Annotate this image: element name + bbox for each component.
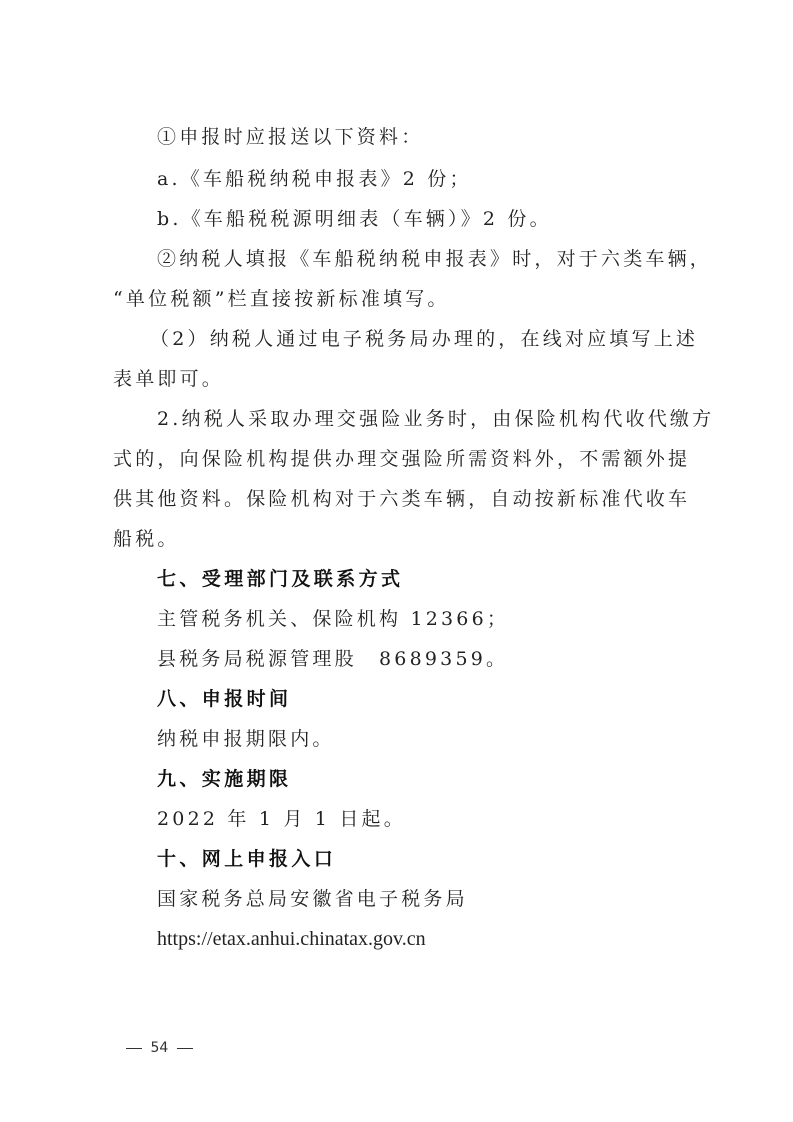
list-item-form-a: a.《车船税纳税申报表》2 份； (157, 166, 472, 192)
paragraph-line: 供其他资料。保险机构对于六类车辆，自动按新标准代收车 (113, 486, 690, 512)
section-heading-contact: 七、受理部门及联系方式 (157, 566, 403, 592)
list-item-form-b: b.《车船税税源明细表（车辆）》2 份。 (157, 206, 552, 232)
section-heading-effective-date: 九、实施期限 (157, 766, 291, 792)
paragraph-line: 船税。 (113, 526, 180, 552)
dash-left (126, 1048, 142, 1049)
paragraph-line: ②纳税人填报《车船税纳税申报表》时，对于六类车辆， (157, 246, 712, 272)
portal-name: 国家税务总局安徽省电子税务局 (157, 886, 468, 912)
paragraph-line: 式的，向保险机构提供办理交强险所需资料外，不需额外提 (113, 446, 690, 472)
page-footer: 54 (122, 1040, 197, 1056)
section-heading-online-portal: 十、网上申报入口 (157, 846, 336, 872)
page-number: 54 (150, 1040, 168, 1056)
list-item-materials-intro: ①申报时应报送以下资料： (157, 124, 423, 150)
contact-line-hotline: 主管税务机关、保险机构 12366； (157, 606, 509, 632)
dash-right (177, 1048, 193, 1049)
filing-time-text: 纳税申报期限内。 (157, 726, 335, 752)
paragraph-line: （2）纳税人通过电子税务局办理的，在线对应填写上述 (150, 326, 698, 352)
section-heading-filing-time: 八、申报时间 (157, 686, 291, 712)
contact-line-office: 县税务局税源管理股 8689359。 (157, 646, 508, 672)
portal-url-link[interactable]: https://etax.anhui.chinatax.gov.cn (157, 926, 426, 952)
effective-date-text: 2022 年 1 月 1 日起。 (157, 806, 406, 832)
paragraph-line: 2.纳税人采取办理交强险业务时，由保险机构代收代缴方 (157, 406, 714, 432)
document-page: ①申报时应报送以下资料： a.《车船税纳税申报表》2 份； b.《车船税税源明细… (0, 0, 793, 1122)
paragraph-line: “单位税额”栏直接按新标准填写。 (113, 286, 450, 312)
paragraph-line: 表单即可。 (113, 366, 224, 392)
